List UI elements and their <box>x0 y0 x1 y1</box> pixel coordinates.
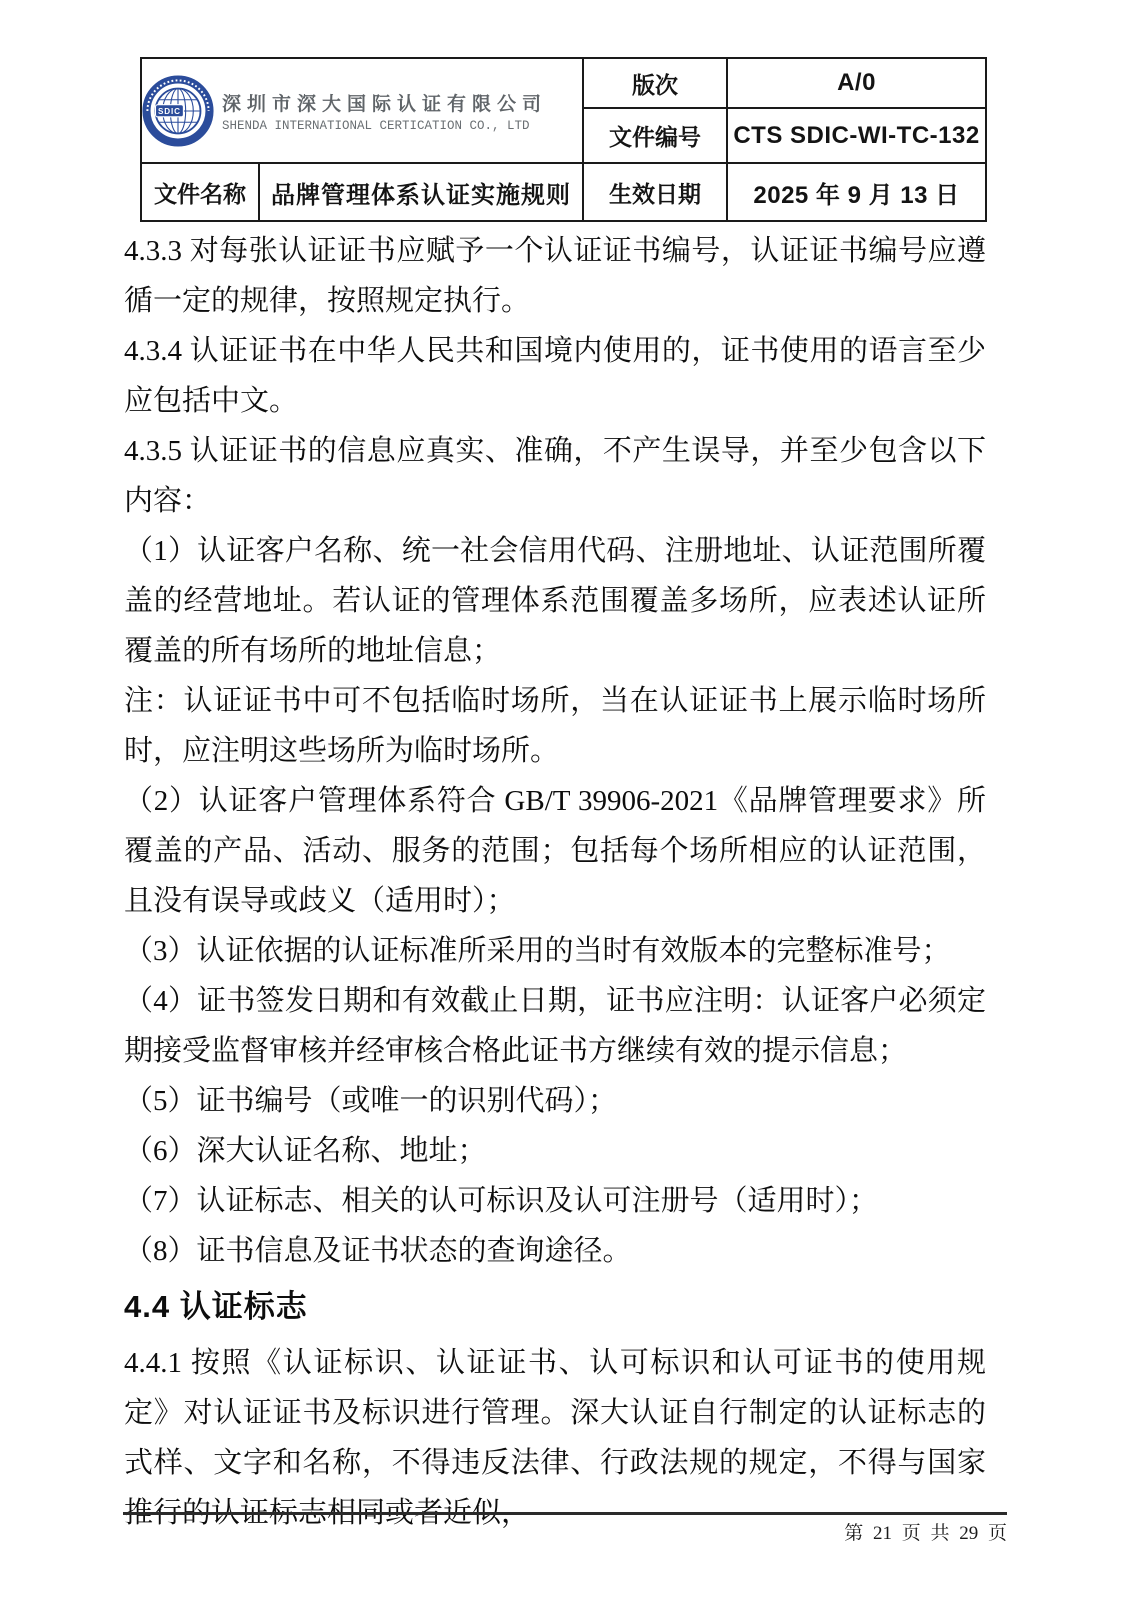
company-name-cn: 深圳市深大国际认证有限公司 <box>222 89 547 116</box>
version-label: 版次 <box>583 58 727 108</box>
paragraph: 4.3.5 认证证书的信息应真实、准确，不产生误导，并至少包含以下内容： <box>124 426 986 526</box>
paragraph: （4）证书签发日期和有效截止日期，证书应注明：认证客户必须定期接受监督审核并经审… <box>124 976 986 1076</box>
effective-date-label: 生效日期 <box>583 163 727 221</box>
document-header-table: SDIC 深圳市深大国际认证有限公司 SHENDA INTERNATIONAL … <box>140 57 987 222</box>
company-name-en: SHENDA INTERNATIONAL CERTICATION CO., LT… <box>222 119 547 133</box>
paragraph: （1）认证客户名称、统一社会信用代码、注册地址、认证范围所覆盖的经营地址。若认证… <box>124 526 986 676</box>
paragraph: 4.4.1 按照《认证标识、认证证书、认可标识和认可证书的使用规定》对认证证书及… <box>124 1338 986 1538</box>
paragraph: 注：认证证书中可不包括临时场所，当在认证证书上展示临时场所时，应注明这些场所为临… <box>124 676 986 776</box>
document-page: SDIC 深圳市深大国际认证有限公司 SHENDA INTERNATIONAL … <box>0 0 1131 1600</box>
doc-number-label: 文件编号 <box>583 108 727 163</box>
paragraph: （6）深大认证名称、地址； <box>124 1126 986 1176</box>
paragraph: （2）认证客户管理体系符合 GB/T 39906-2021《品牌管理要求》所覆盖… <box>124 776 986 926</box>
section-heading: 4.4 认证标志 <box>124 1276 986 1338</box>
footer-divider <box>123 1512 1007 1515</box>
company-logo-block: SDIC 深圳市深大国际认证有限公司 SHENDA INTERNATIONAL … <box>142 75 582 147</box>
paragraph: 4.3.3 对每张认证证书应赋予一个认证证书编号，认证证书编号应遵循一定的规律，… <box>124 226 986 326</box>
paragraph: （3）认证依据的认证标准所采用的当时有效版本的完整标准号； <box>124 926 986 976</box>
logo-cell: SDIC 深圳市深大国际认证有限公司 SHENDA INTERNATIONAL … <box>141 58 583 163</box>
logo-badge-text: SDIC <box>158 107 181 116</box>
doc-name-value: 品牌管理体系认证实施规则 <box>259 163 583 221</box>
page-number: 第 21 页 共 29 页 <box>123 1518 1007 1545</box>
paragraph: （7）认证标志、相关的认可标识及认可注册号（适用时）； <box>124 1176 986 1226</box>
effective-date-value: 2025 年 9 月 13 日 <box>727 163 986 221</box>
version-value: A/0 <box>727 58 986 108</box>
document-body: 4.3.3 对每张认证证书应赋予一个认证证书编号，认证证书编号应遵循一定的规律，… <box>124 226 986 1538</box>
paragraph: 4.3.4 认证证书在中华人民共和国境内使用的，证书使用的语言至少应包括中文。 <box>124 326 986 426</box>
paragraph: （8）证书信息及证书状态的查询途径。 <box>124 1226 986 1276</box>
company-names: 深圳市深大国际认证有限公司 SHENDA INTERNATIONAL CERTI… <box>222 89 547 133</box>
doc-number-value: CTS SDIC-WI-TC-132 <box>727 108 986 163</box>
company-logo-icon: SDIC <box>142 75 214 147</box>
paragraph: （5）证书编号（或唯一的识别代码）； <box>124 1076 986 1126</box>
doc-name-label: 文件名称 <box>141 163 259 221</box>
